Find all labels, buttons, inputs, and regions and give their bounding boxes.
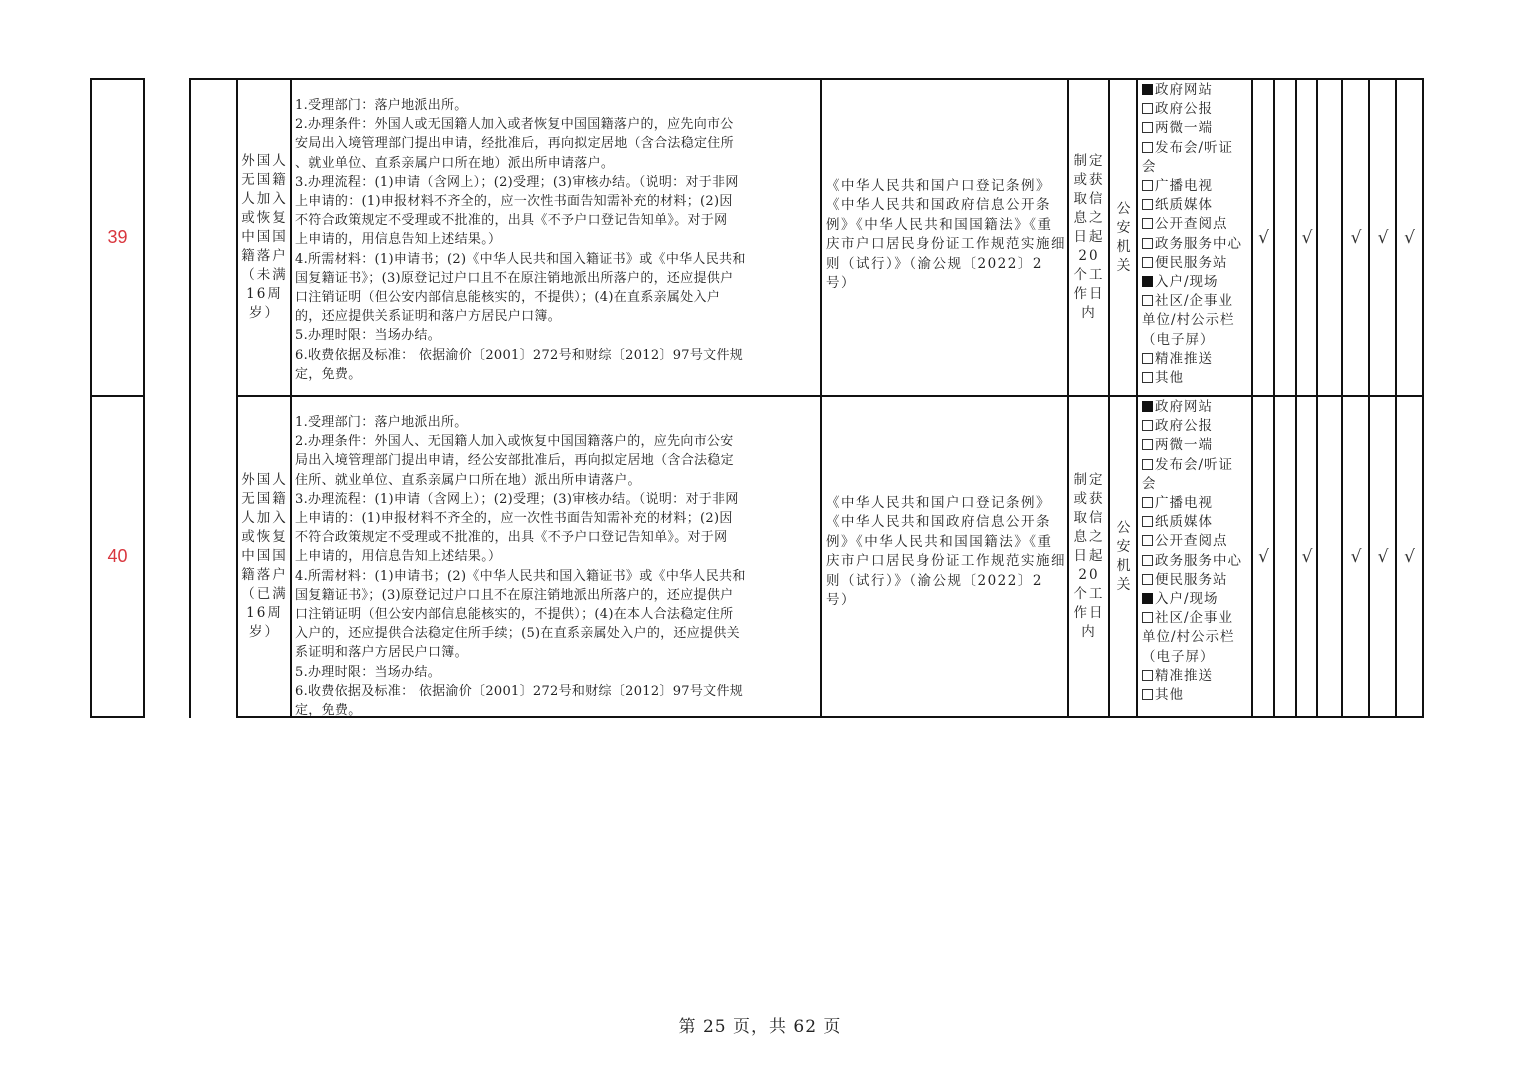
channel-label: 发布会/听证 — [1155, 140, 1233, 156]
organ: 公安机关 — [1116, 519, 1131, 595]
content-line: 的，还应提供关系证明和落户方居民户口簿。 — [295, 307, 746, 326]
content-line: 国复籍证书》；(3)原登记过户口且不在原注销地派出所落户的，还应提供户 — [295, 586, 746, 605]
time-limit-cell: 制定或获取信息之日起20个工作日内 — [1067, 78, 1109, 397]
channel-label: 单位/村公示栏 — [1142, 629, 1235, 645]
channel-option: 单位/村公示栏 — [1142, 628, 1242, 647]
content-line: 、就业单位、直系亲属户口所在地）派出所申请落户。 — [295, 154, 746, 173]
channel-label: 社区/企事业 — [1155, 293, 1233, 309]
channel-option: 广播电视 — [1142, 494, 1242, 513]
check-mark-icon: √ — [1302, 547, 1313, 567]
content-line: 不符合政策规定不受理或不批准的，出具《不予户口登记告知单》。对于网 — [295, 211, 746, 230]
channel-label: （电子屏） — [1142, 649, 1215, 665]
channel-option: 政务服务中心 — [1142, 552, 1242, 571]
item-name: 外国人无国籍人加入或恢复中国国籍落户（已满16周岁） — [240, 471, 289, 642]
content-line: 6.收费依据及标准： 依据渝价〔2001〕272号和财综〔2012〕97号文件规 — [295, 682, 746, 701]
checkbox-filled-icon — [1142, 401, 1153, 412]
row-number-cell: 39 — [90, 78, 145, 397]
channel-option: （电子屏） — [1142, 331, 1242, 350]
mark-cell: √ — [1395, 78, 1424, 397]
content-line: 上申请的，用信息告知上述结果。） — [295, 547, 746, 566]
channel-label: 便民服务站 — [1155, 572, 1228, 588]
content-line: 系证明和落户方居民户口簿。 — [295, 643, 746, 662]
public-content-cell: 1.受理部门：落户地派出所。2.办理条件：外国人、无国籍人加入或恢复中国国籍落户… — [290, 395, 821, 718]
content-line: 1.受理部门：落户地派出所。 — [295, 413, 746, 432]
content-line: 上申请的：(1)申报材料不齐全的，应一次性书面告知需补充的材料；(2)因 — [295, 192, 746, 211]
organ-cell: 公安机关 — [1108, 78, 1137, 397]
channel-option: 精准推送 — [1142, 667, 1242, 686]
channel-option: 发布会/听证 — [1142, 139, 1242, 158]
channel-option: 入户/现场 — [1142, 273, 1242, 292]
channel-label: 精准推送 — [1155, 668, 1213, 684]
checkbox-empty-icon — [1142, 574, 1153, 585]
channel-option: 政务服务中心 — [1142, 235, 1242, 254]
page-footer: 第 25 页，共 62 页 — [0, 1012, 1520, 1037]
check-mark-icon: √ — [1258, 228, 1269, 248]
checkbox-empty-icon — [1142, 516, 1153, 527]
channel-label: 政府公报 — [1155, 418, 1213, 434]
content-line: 口注销证明（但公安内部信息能核实的，不提供）；(4)在本人合法稳定住所 — [295, 605, 746, 624]
content-line: 5.办理时限：当场办结。 — [295, 326, 746, 345]
channel-option: 公开查阅点 — [1142, 532, 1242, 551]
checkbox-empty-icon — [1142, 459, 1153, 470]
channel-label: 两微一端 — [1155, 120, 1213, 136]
checkbox-empty-icon — [1142, 257, 1153, 268]
checkbox-empty-icon — [1142, 439, 1153, 450]
category-cell — [189, 78, 237, 718]
check-mark-icon: √ — [1351, 547, 1362, 567]
channel-label: 会 — [1142, 159, 1157, 175]
channels-cell: 政府网站政府公报两微一端发布会/听证会广播电视纸质媒体公开查阅点政务服务中心便民… — [1136, 78, 1253, 397]
content-line: 入户的，还应提供合法稳定住所手续；(5)在直系亲属处入户的，还应提供关 — [295, 624, 746, 643]
mark-cell: √ — [1251, 78, 1274, 397]
checkbox-empty-icon — [1142, 180, 1153, 191]
content-line: 上申请的，用信息告知上述结果。） — [295, 230, 746, 249]
channel-label: 政务服务中心 — [1155, 553, 1242, 569]
organ: 公安机关 — [1116, 200, 1131, 276]
content-line: 2.办理条件：外国人、无国籍人加入或恢复中国国籍落户的，应先向市公安 — [295, 432, 746, 451]
channel-label: 精准推送 — [1155, 351, 1213, 367]
channel-option: 会 — [1142, 475, 1242, 494]
checkbox-empty-icon — [1142, 497, 1153, 508]
content-line: 3.办理流程：(1)申请（含网上）；(2)受理；(3)审核办结。（说明：对于非网 — [295, 490, 746, 509]
channel-option: 政府网站 — [1142, 81, 1242, 100]
content-line: 3.办理流程：(1)申请（含网上）；(2)受理；(3)审核办结。（说明：对于非网 — [295, 173, 746, 192]
channel-label: 其他 — [1155, 370, 1184, 386]
content-line: 1.受理部门：落户地派出所。 — [295, 96, 746, 115]
channel-option: 发布会/听证 — [1142, 456, 1242, 475]
checkbox-empty-icon — [1142, 199, 1153, 210]
item-name-cell: 外国人无国籍人加入或恢复中国国籍落户（已满16周岁） — [236, 395, 291, 718]
channel-label: 社区/企事业 — [1155, 610, 1233, 626]
channel-option: 政府网站 — [1142, 398, 1242, 417]
channel-label: 两微一端 — [1155, 437, 1213, 453]
channel-label: 发布会/听证 — [1155, 457, 1233, 473]
content-line: 6.收费依据及标准： 依据渝价〔2001〕272号和财综〔2012〕97号文件规 — [295, 346, 746, 365]
check-mark-icon: √ — [1351, 228, 1362, 248]
content-line: 国复籍证书》；(3)原登记过户口且不在原注销地派出所落户的，还应提供户 — [295, 269, 746, 288]
mark-cell: √ — [1368, 395, 1396, 718]
mark-cell: √ — [1341, 78, 1369, 397]
content-line: 定，免费。 — [295, 701, 746, 720]
checkbox-empty-icon — [1142, 535, 1153, 546]
channel-option: 会 — [1142, 158, 1242, 177]
channel-option: 两微一端 — [1142, 119, 1242, 138]
channel-option: （电子屏） — [1142, 648, 1242, 667]
time-limit: 制定或获取信息之日起20个工作日内 — [1073, 152, 1105, 323]
channel-list: 政府网站政府公报两微一端发布会/听证会广播电视纸质媒体公开查阅点政务服务中心便民… — [1142, 81, 1242, 388]
time-limit-cell: 制定或获取信息之日起20个工作日内 — [1067, 395, 1109, 718]
item-name-cell: 外国人无国籍人加入或恢复中国国籍落户（未满16周岁） — [236, 78, 291, 397]
checkbox-empty-icon — [1142, 142, 1153, 153]
channel-option: 社区/企事业 — [1142, 609, 1242, 628]
mark-cell: √ — [1368, 78, 1396, 397]
channel-label: 便民服务站 — [1155, 255, 1228, 271]
content-lines: 1.受理部门：落户地派出所。2.办理条件：外国人、无国籍人加入或恢复中国国籍落户… — [295, 413, 746, 720]
checkbox-empty-icon — [1142, 670, 1153, 681]
channel-option: 政府公报 — [1142, 100, 1242, 119]
row-number: 40 — [107, 546, 127, 567]
check-mark-icon: √ — [1302, 228, 1313, 248]
channel-option: 其他 — [1142, 686, 1242, 705]
channel-option: 其他 — [1142, 369, 1242, 388]
checkbox-filled-icon — [1142, 84, 1153, 95]
checkbox-empty-icon — [1142, 103, 1153, 114]
channel-option: 社区/企事业 — [1142, 292, 1242, 311]
checkbox-empty-icon — [1142, 238, 1153, 249]
mark-cell — [1273, 78, 1296, 397]
channel-label: 政府网站 — [1155, 399, 1213, 415]
legal-basis: 《中华人民共和国户口登记条例》《中华人民共和国政府信息公开条例》《中华人民共和国… — [826, 494, 1066, 610]
mark-cell — [1316, 78, 1342, 397]
channel-label: 政府公报 — [1155, 101, 1213, 117]
channel-option: 政府公报 — [1142, 417, 1242, 436]
checkbox-empty-icon — [1142, 295, 1153, 306]
mark-cell — [1273, 395, 1296, 718]
content-line: 4.所需材料：(1)申请书；(2)《中华人民共和国入籍证书》或《中华人民共和 — [295, 567, 746, 586]
content-line: 口注销证明（但公安内部信息能核实的，不提供）；(4)在直系亲属处入户 — [295, 288, 746, 307]
row-number-cell: 40 — [90, 395, 145, 718]
row-number: 39 — [107, 227, 127, 248]
document-page: 39 外国人无国籍人加入或恢复中国国籍落户（未满16周岁） 1.受理部门：落户地… — [0, 0, 1520, 1074]
content-line: 安局出入境管理部门提出申请，经批准后，再向拟定居地（含合法稳定住所 — [295, 134, 746, 153]
checkbox-empty-icon — [1142, 122, 1153, 133]
page-number: 第 25 页，共 62 页 — [679, 1017, 842, 1037]
channel-option: 入户/现场 — [1142, 590, 1242, 609]
checkbox-empty-icon — [1142, 555, 1153, 566]
content-line: 不符合政策规定不受理或不批准的，出具《不予户口登记告知单》。对于网 — [295, 528, 746, 547]
content-line: 5.办理时限：当场办结。 — [295, 663, 746, 682]
channels-cell: 政府网站政府公报两微一端发布会/听证会广播电视纸质媒体公开查阅点政务服务中心便民… — [1136, 395, 1253, 718]
checkbox-empty-icon — [1142, 372, 1153, 383]
channel-option: 精准推送 — [1142, 350, 1242, 369]
channel-label: 政务服务中心 — [1155, 236, 1242, 252]
checkbox-filled-icon — [1142, 593, 1153, 604]
content-line: 4.所需材料：(1)申请书；(2)《中华人民共和国入籍证书》或《中华人民共和 — [295, 250, 746, 269]
channel-option: 便民服务站 — [1142, 571, 1242, 590]
channel-label: 入户/现场 — [1155, 591, 1219, 607]
content-line: 上申请的：(1)申报材料不齐全的，应一次性书面告知需补充的材料；(2)因 — [295, 509, 746, 528]
channel-option: 便民服务站 — [1142, 254, 1242, 273]
channel-label: 广播电视 — [1155, 178, 1213, 194]
legal-basis-cell: 《中华人民共和国户口登记条例》《中华人民共和国政府信息公开条例》《中华人民共和国… — [820, 78, 1068, 397]
checkbox-empty-icon — [1142, 689, 1153, 700]
channel-option: 纸质媒体 — [1142, 513, 1242, 532]
check-mark-icon: √ — [1258, 547, 1269, 567]
channel-label: 单位/村公示栏 — [1142, 312, 1235, 328]
content-line: 定，免费。 — [295, 365, 746, 384]
item-name: 外国人无国籍人加入或恢复中国国籍落户（未满16周岁） — [240, 152, 289, 323]
time-limit: 制定或获取信息之日起20个工作日内 — [1073, 471, 1105, 642]
channel-list: 政府网站政府公报两微一端发布会/听证会广播电视纸质媒体公开查阅点政务服务中心便民… — [1142, 398, 1242, 705]
organ-cell: 公安机关 — [1108, 395, 1137, 718]
check-mark-icon: √ — [1378, 547, 1389, 567]
content-line: 2.办理条件：外国人或无国籍人加入或者恢复中国国籍落户的，应先向市公 — [295, 115, 746, 134]
channel-option: 单位/村公示栏 — [1142, 311, 1242, 330]
public-content-cell: 1.受理部门：落户地派出所。2.办理条件：外国人或无国籍人加入或者恢复中国国籍落… — [290, 78, 821, 397]
channel-label: 纸质媒体 — [1155, 197, 1213, 213]
checkbox-empty-icon — [1142, 218, 1153, 229]
mark-cell: √ — [1295, 78, 1317, 397]
check-mark-icon: √ — [1378, 228, 1389, 248]
channel-label: 纸质媒体 — [1155, 514, 1213, 530]
channel-option: 两微一端 — [1142, 436, 1242, 455]
legal-basis-cell: 《中华人民共和国户口登记条例》《中华人民共和国政府信息公开条例》《中华人民共和国… — [820, 395, 1068, 718]
mark-cell: √ — [1341, 395, 1369, 718]
channel-option: 公开查阅点 — [1142, 215, 1242, 234]
channel-option: 广播电视 — [1142, 177, 1242, 196]
checkbox-empty-icon — [1142, 612, 1153, 623]
channel-label: 公开查阅点 — [1155, 533, 1228, 549]
channel-label: （电子屏） — [1142, 332, 1215, 348]
mark-cell — [1316, 395, 1342, 718]
checkbox-empty-icon — [1142, 420, 1153, 431]
channel-label: 广播电视 — [1155, 495, 1213, 511]
channel-label: 其他 — [1155, 687, 1184, 703]
content-line: 局出入境管理部门提出申请，经公安部批准后，再向拟定居地（含合法稳定 — [295, 451, 746, 470]
checkbox-empty-icon — [1142, 353, 1153, 364]
channel-label: 政府网站 — [1155, 82, 1213, 98]
checkbox-filled-icon — [1142, 276, 1153, 287]
check-mark-icon: √ — [1404, 228, 1415, 248]
mark-cell: √ — [1295, 395, 1317, 718]
mark-cell: √ — [1395, 395, 1424, 718]
content-lines: 1.受理部门：落户地派出所。2.办理条件：外国人或无国籍人加入或者恢复中国国籍落… — [295, 96, 746, 384]
channel-option: 纸质媒体 — [1142, 196, 1242, 215]
channel-label: 入户/现场 — [1155, 274, 1219, 290]
check-mark-icon: √ — [1404, 547, 1415, 567]
mark-cell: √ — [1251, 395, 1274, 718]
legal-basis: 《中华人民共和国户口登记条例》《中华人民共和国政府信息公开条例》《中华人民共和国… — [826, 177, 1066, 293]
channel-label: 会 — [1142, 476, 1157, 492]
content-line: 住所、就业单位、直系亲属户口所在地）派出所申请落户。 — [295, 471, 746, 490]
channel-label: 公开查阅点 — [1155, 216, 1228, 232]
